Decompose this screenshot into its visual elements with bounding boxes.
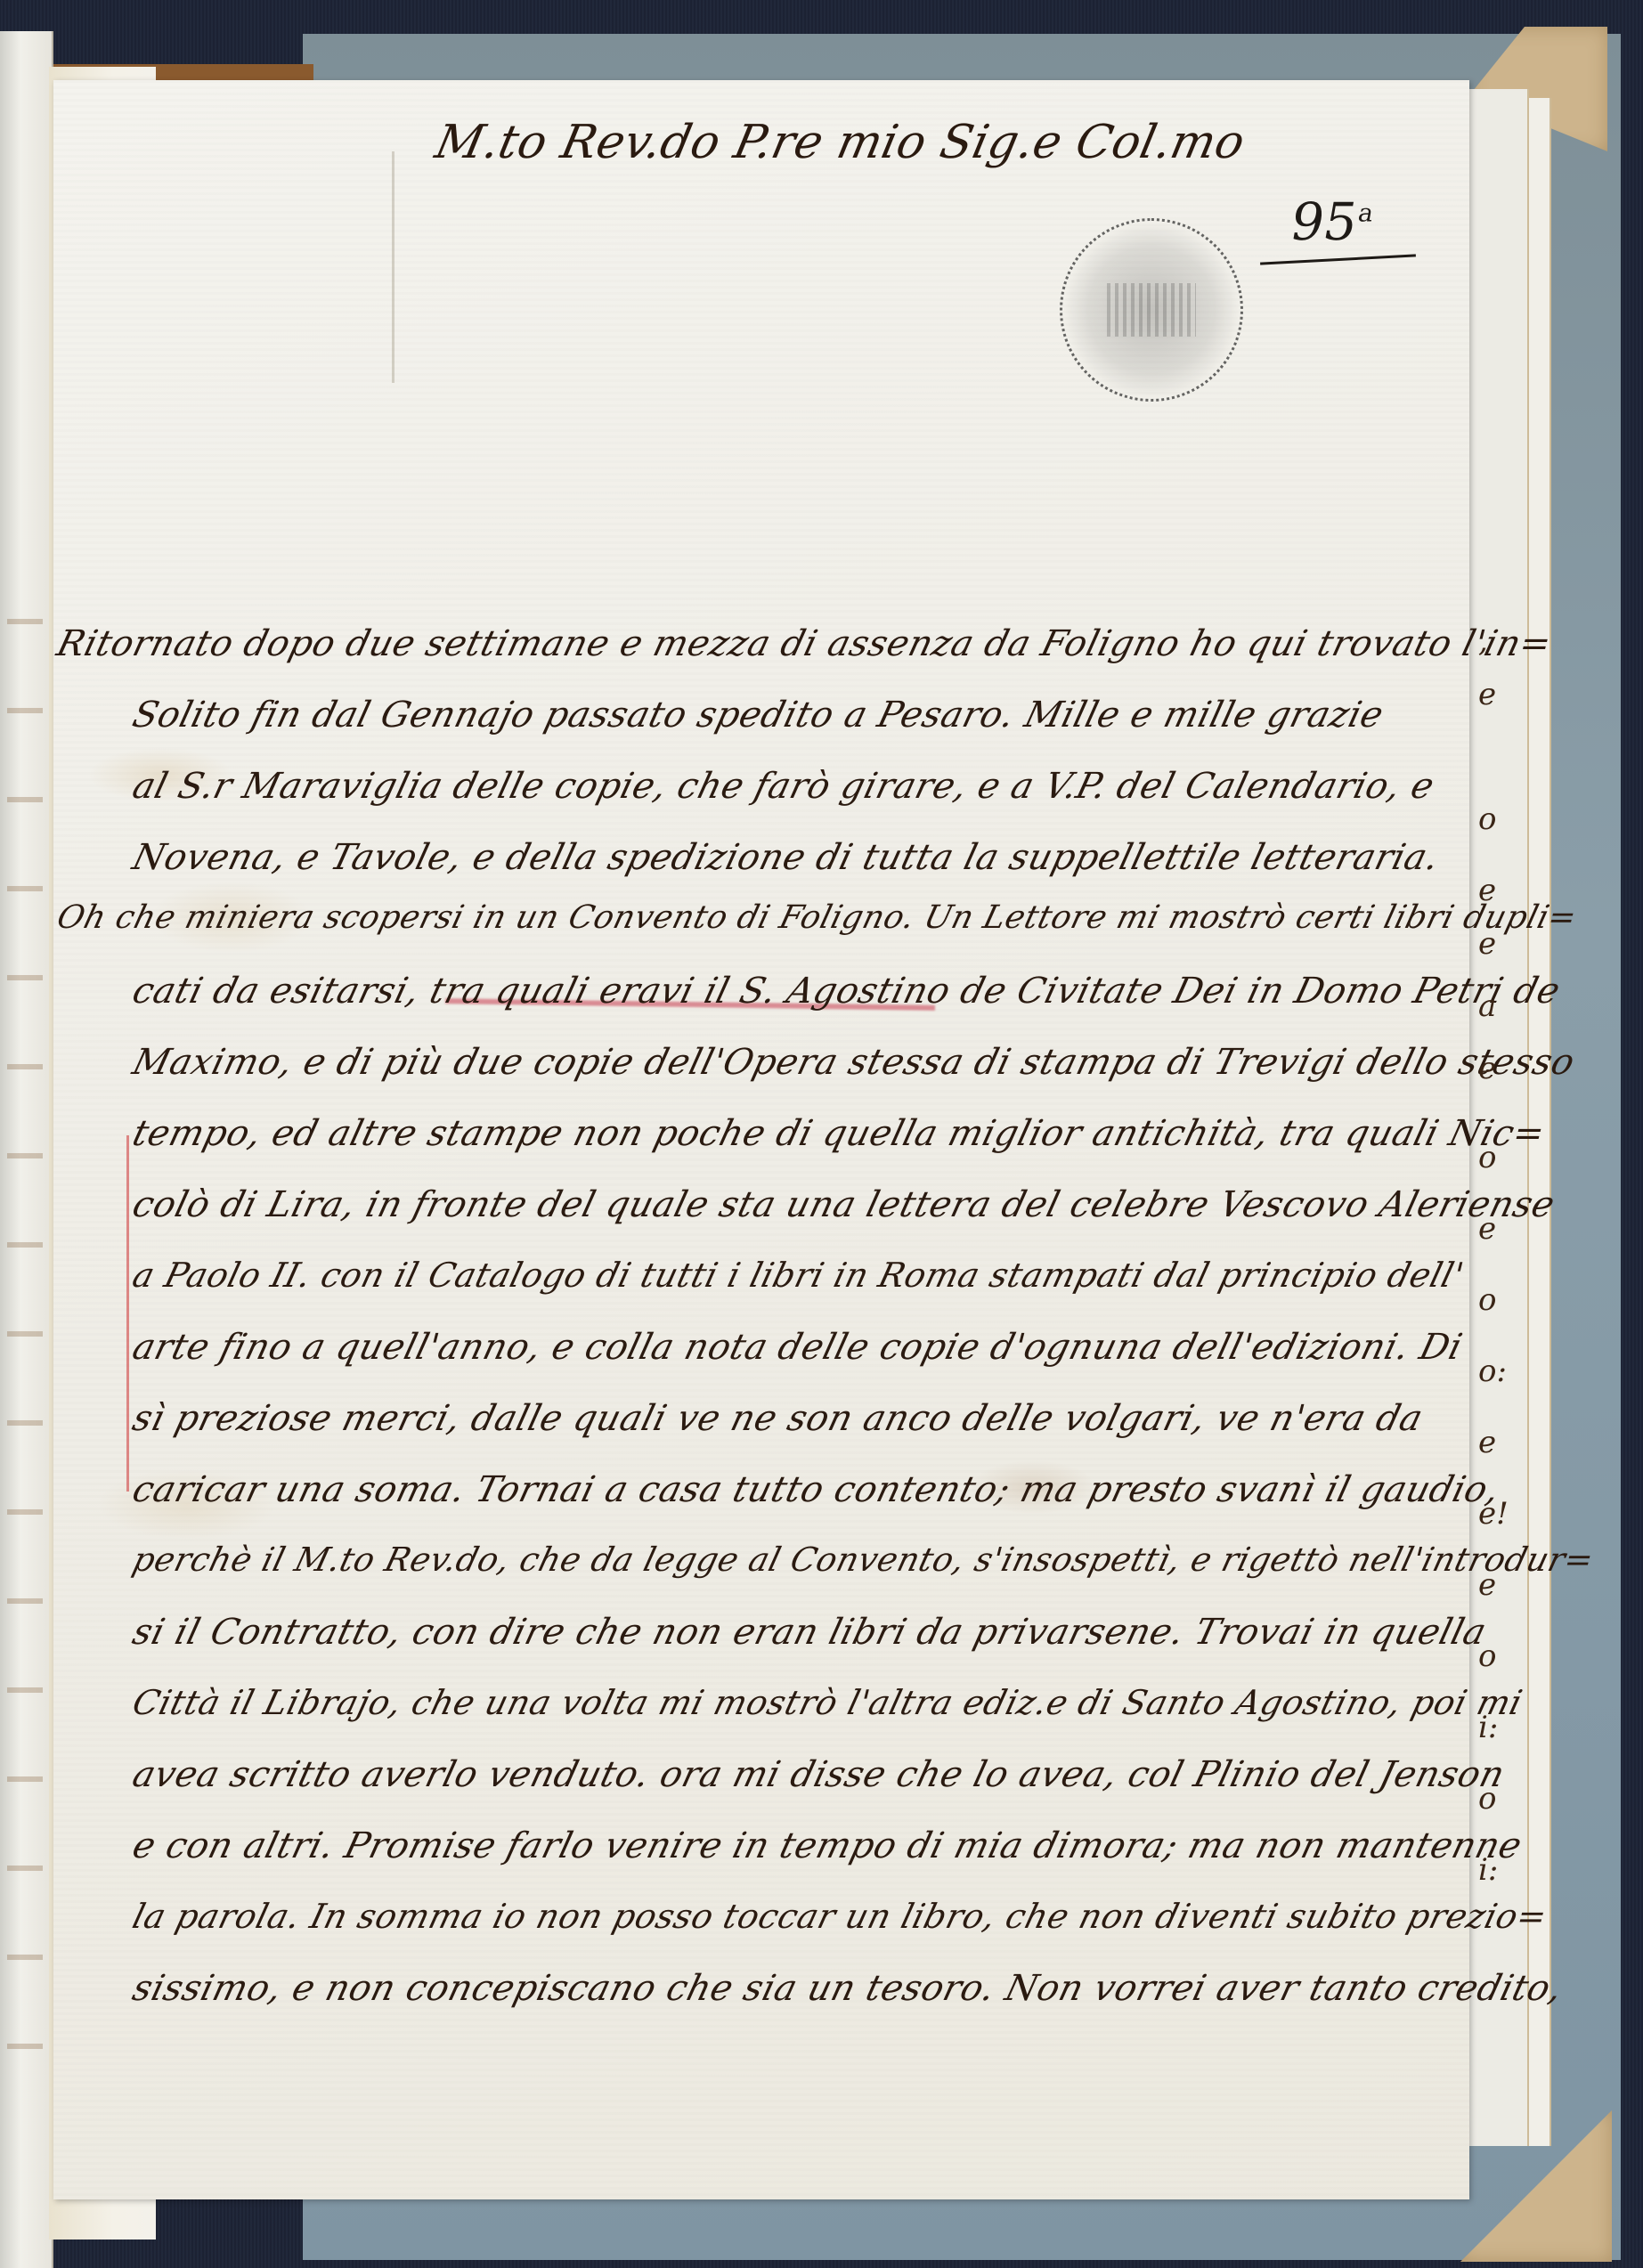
margin-note: e! (1478, 1496, 1509, 1532)
margin-note: e (1478, 1211, 1496, 1247)
letter-line: arte fino a quell'anno, e colla nota del… (128, 1327, 1467, 1368)
letter-line: Città il Librajo, che una volta mi mostr… (129, 1683, 1527, 1722)
facing-page-edge (0, 31, 53, 2268)
letter-line: colò di Lira, in fronte del quale sta un… (128, 1184, 1558, 1225)
margin-note: o (1478, 801, 1496, 837)
margin-note: i: (1478, 1710, 1498, 1745)
margin-note: o (1478, 1282, 1496, 1318)
letter-line: sì preziose merci, dalle quali ve ne son… (128, 1398, 1427, 1439)
margin-note: e (1478, 1567, 1496, 1603)
letter-line: Solito fin dal Gennajo passato spedito a… (128, 695, 1387, 736)
margin-note: e (1478, 873, 1496, 908)
margin-note: e (1478, 1425, 1496, 1460)
letter-line: Oh che miniera scopersi in un Convento d… (53, 899, 1581, 936)
margin-note: e (1478, 1051, 1496, 1086)
margin-note: o (1478, 1140, 1496, 1175)
folio-number: 95a (1286, 191, 1378, 252)
stamp-text (1107, 283, 1196, 337)
folio-underline (1260, 254, 1416, 264)
letter-line: la parola. In somma io non posso toccar … (129, 1897, 1551, 1936)
letter-line: e con altri. Promise farlo venire in tem… (128, 1825, 1525, 1866)
margin-note: o (1478, 1638, 1496, 1674)
letter-line: al S.r Maraviglia delle copie, che farò … (128, 766, 1438, 807)
library-stamp-icon (1060, 218, 1243, 402)
margin-notes-next-page: , e o e e a e o e o o: e e! e o i: o i: (1478, 623, 1532, 1959)
letter-line: cati da esitarsi, tra quali eravi il S. … (128, 971, 1564, 1012)
letter-line: Maximo, e di più due copie dell'Opera st… (128, 1042, 1579, 1083)
letter-line: Ritornato dopo due settimane e mezza di … (53, 623, 1556, 664)
letter-line: avea scritto averlo venduto. ora mi diss… (128, 1754, 1509, 1795)
letter-line: caricar una soma. Tornai a casa tutto co… (128, 1469, 1504, 1510)
fold-line (392, 151, 394, 383)
margin-note: e (1478, 677, 1496, 712)
letter-line: Novena, e Tavole, e della spedizione di … (128, 837, 1444, 878)
margin-note: i: (1478, 1852, 1498, 1888)
margin-note: o (1478, 1781, 1496, 1817)
letter-line: perchè il M.to Rev.do, che da legge al C… (129, 1540, 1598, 1579)
manuscript-page: M.to Rev.do P.re mio Sig.e Col.mo 95a Ri… (53, 80, 1469, 2199)
salutation: M.to Rev.do P.re mio Sig.e Col.mo (431, 116, 1250, 169)
letter-line: sissimo, e non concepiscano che sia un t… (128, 1968, 1566, 2009)
margin-note: e (1478, 926, 1496, 962)
margin-note: , (1478, 623, 1488, 659)
margin-note: a (1478, 988, 1496, 1024)
margin-note: o: (1478, 1353, 1507, 1389)
letter-line: a Paolo II. con il Catalogo di tutti i l… (129, 1256, 1468, 1295)
facing-page-ink-bleed (7, 565, 43, 2079)
folio-number-value: 95 (1286, 191, 1362, 252)
letter-line: si il Contratto, con dire che non eran l… (128, 1612, 1491, 1653)
letter-line: tempo, ed altre stampe non poche di quel… (128, 1113, 1549, 1154)
